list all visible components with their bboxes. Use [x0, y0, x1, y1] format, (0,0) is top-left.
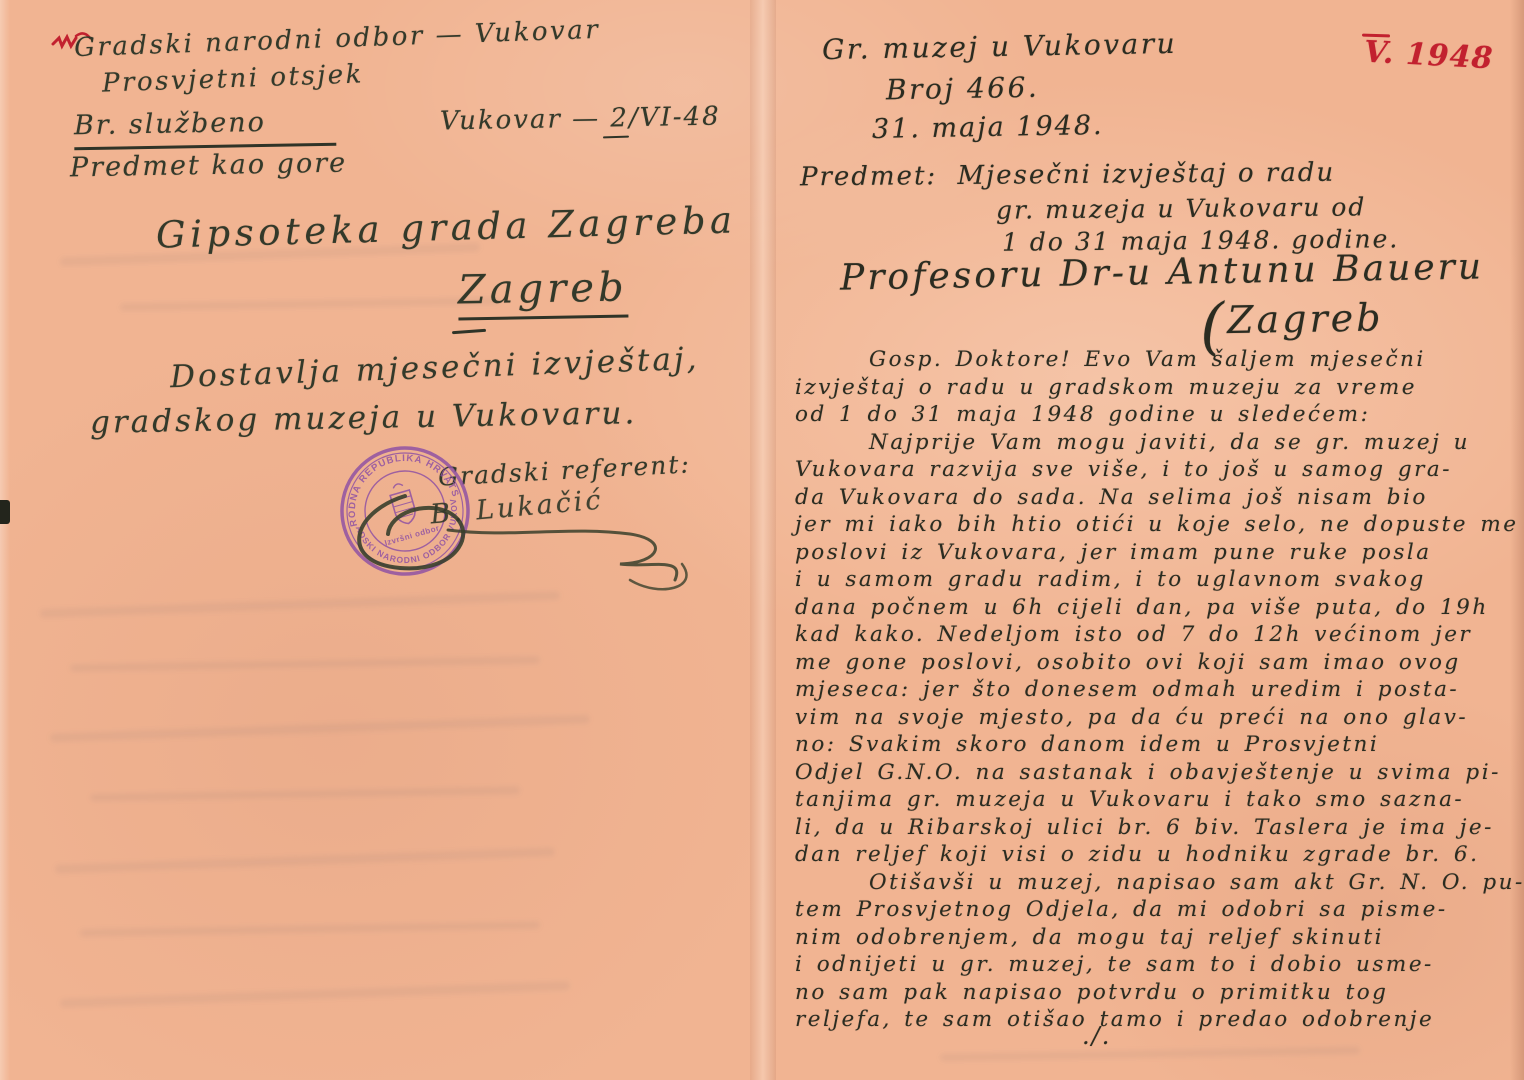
body-line: tem Prosvjetnog Odjela, da mi odobri sa … [795, 896, 1513, 924]
forwarding-note-line2: gradskog muzeja u Vukovaru. [90, 395, 638, 441]
bleed-through-mark [120, 297, 500, 312]
subject-line2: gr. muzeja u Vukovaru od [996, 192, 1367, 224]
body-line: Vukovara razvija sve više, i to još u sa… [795, 456, 1513, 484]
addressee-city: Zagreb [1227, 295, 1384, 342]
body-line: izvještaj o radu u gradskom muzeju za vr… [795, 374, 1513, 402]
body-line: Gosp. Doktore! Evo Vam šaljem mjesečni [795, 346, 1513, 374]
bleed-through-mark [90, 786, 520, 802]
date-underline [603, 136, 629, 139]
body-line: kad kako. Nedeljom isto od 7 do 12h veći… [795, 621, 1513, 649]
paper-left-edge [0, 0, 10, 1080]
reference-label: Br. službeno [74, 106, 337, 151]
signature-flourish [330, 468, 750, 598]
body-line: i odnijeti u gr. muzej, te sam to i dobi… [795, 951, 1513, 979]
edge-ink-blot [0, 500, 10, 524]
bleed-through-mark [70, 656, 540, 672]
body-line: Najprije Vam mogu javiti, da se gr. muze… [795, 429, 1513, 457]
body-line: od 1 do 31 maja 1948 godine u sledećem: [795, 401, 1513, 429]
body-line: reljefa, te sam otišao tamo i predao odo… [795, 1006, 1513, 1034]
document-number: Broj 466. [886, 71, 1040, 107]
forwarding-note-line1: Dostavlja mjesečni izvještaj, [170, 341, 700, 395]
bleed-through-mark [50, 715, 590, 743]
place-date-line: Vukovar — 2/VI-48 [440, 102, 721, 137]
body-line: da Vukovara do sada. Na selima još nisam… [795, 484, 1513, 512]
sender-institution: Gr. muzej u Vukovaru [822, 27, 1178, 66]
subject-line1: Mjesečni izvještaj o radu [957, 158, 1335, 191]
body-line: li, da u Ribarskoj ulici br. 6 biv. Tasl… [795, 814, 1513, 842]
bleed-through-mark [60, 981, 570, 1008]
closing-mark: ./. [1082, 1022, 1111, 1050]
city-flourish-underline [452, 329, 486, 334]
body-line: Odjel G.N.O. na sastanak i obavještenje … [795, 759, 1513, 787]
document-date: 31. maja 1948. [872, 110, 1104, 145]
body-line: i u samom gradu radim, i to uglavnom sva… [795, 566, 1513, 594]
subject-row: Predmet: Mjesečni izvještaj o radu [800, 158, 1335, 193]
bleed-through-mark [940, 1046, 1360, 1061]
subject-label: Predmet: [800, 161, 937, 192]
body-line: dan reljef koji visi o zidu u hodniku zg… [795, 841, 1513, 869]
recipient-institution: Gipsoteka grada Zagreba [156, 198, 737, 256]
recipient-city: Zagreb [458, 265, 629, 321]
body-line: nim odobrenjem, da mogu taj reljef skinu… [795, 924, 1513, 952]
body-line: mjeseca: jer što donesem odmah uredim i … [795, 676, 1513, 704]
body-line: vim na svoje mjesto, pa da ću preći na o… [795, 704, 1513, 732]
body-line: dana počnem u 6h cijeli dan, pa više put… [795, 594, 1513, 622]
body-line: tanjima gr. muzeja u Vukovaru i tako smo… [795, 786, 1513, 814]
office-name-line2: Prosvjetni otsjek [102, 59, 365, 98]
center-fold-crease [750, 0, 776, 1080]
document-scan: Gradski narodni odbor — Vukovar Prosvjet… [0, 0, 1524, 1080]
letter-body: Gosp. Doktore! Evo Vam šaljem mjesečni i… [795, 346, 1513, 1034]
addressee-name: Profesoru Dr-u Antunu Baueru [840, 246, 1485, 298]
body-line: jer mi iako bih htio otići u koje selo, … [795, 511, 1513, 539]
bleed-through-mark [55, 847, 555, 873]
archival-red-note: V. 1948 [1363, 35, 1494, 77]
body-line: me gone poslovi, osobito ovi koji sam im… [795, 649, 1513, 677]
body-line: poslovi iz Vukovara, jer imam pune ruke … [795, 539, 1513, 567]
office-name-line1: Gradski narodni odbor — Vukovar [74, 15, 601, 63]
body-line: Otišavši u muzej, napisao sam akt Gr. N.… [795, 869, 1513, 897]
body-line: no: Svakim skoro danom idem u Prosvjetni [795, 731, 1513, 759]
subject-reference-note: Predmet kao gore [70, 148, 348, 184]
body-line: no sam pak napisao potvrdu o primitku to… [795, 979, 1513, 1007]
bleed-through-mark [80, 921, 540, 937]
